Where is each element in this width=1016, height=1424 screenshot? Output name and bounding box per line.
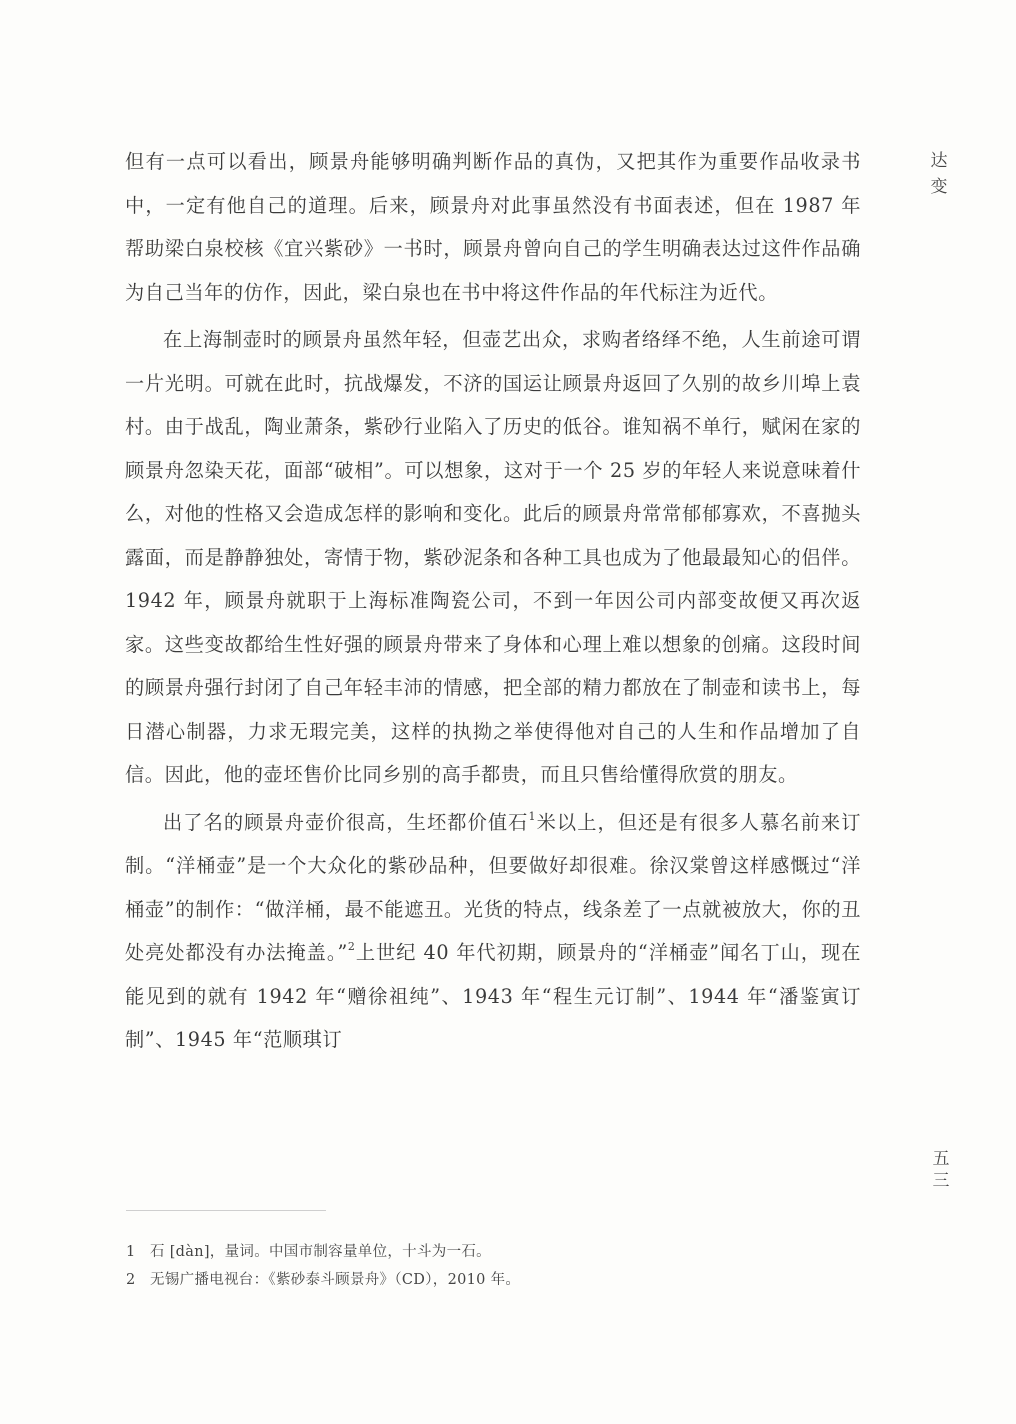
book-page: 但有一点可以看出，顾景舟能够明确判断作品的真伪，又把其作为重要作品收录书中，一定…	[0, 0, 1016, 1424]
footnote-1: 1 石 [dàn]，量词。中国市制容量单位，十斗为一石。	[126, 1238, 826, 1266]
footnotes: 1 石 [dàn]，量词。中国市制容量单位，十斗为一石。 2 无锡广播电视台：《…	[126, 1238, 826, 1294]
footnote-number: 1	[126, 1238, 150, 1266]
paragraph-3-part-1: 出了名的顾景舟壶价很高，生坯都价值石	[163, 811, 529, 834]
body-text: 但有一点可以看出，顾景舟能够明确判断作品的真伪，又把其作为重要作品收录书中，一定…	[125, 140, 861, 1066]
footnote-text: 无锡广播电视台：《紫砂泰斗顾景舟》（CD），2010 年。	[150, 1266, 520, 1294]
paragraph-1: 但有一点可以看出，顾景舟能够明确判断作品的真伪，又把其作为重要作品收录书中，一定…	[125, 140, 861, 314]
page-number: 五三	[929, 1148, 953, 1192]
paragraph-2: 在上海制壶时的顾景舟虽然年轻，但壶艺出众，求购者络绎不绝，人生前途可谓一片光明。…	[125, 318, 861, 797]
footnote-text: 石 [dàn]，量词。中国市制容量单位，十斗为一石。	[150, 1238, 491, 1266]
footnote-number: 2	[126, 1266, 150, 1294]
footnote-divider	[126, 1210, 326, 1211]
running-header-title: 达变	[929, 148, 949, 200]
paragraph-3: 出了名的顾景舟壶价很高，生坯都价值石1米以上，但还是有很多人慕名前来订制。“洋桶…	[125, 801, 861, 1062]
footnote-ref-1[interactable]: 1	[529, 810, 537, 823]
footnote-2: 2 无锡广播电视台：《紫砂泰斗顾景舟》（CD），2010 年。	[126, 1266, 826, 1294]
